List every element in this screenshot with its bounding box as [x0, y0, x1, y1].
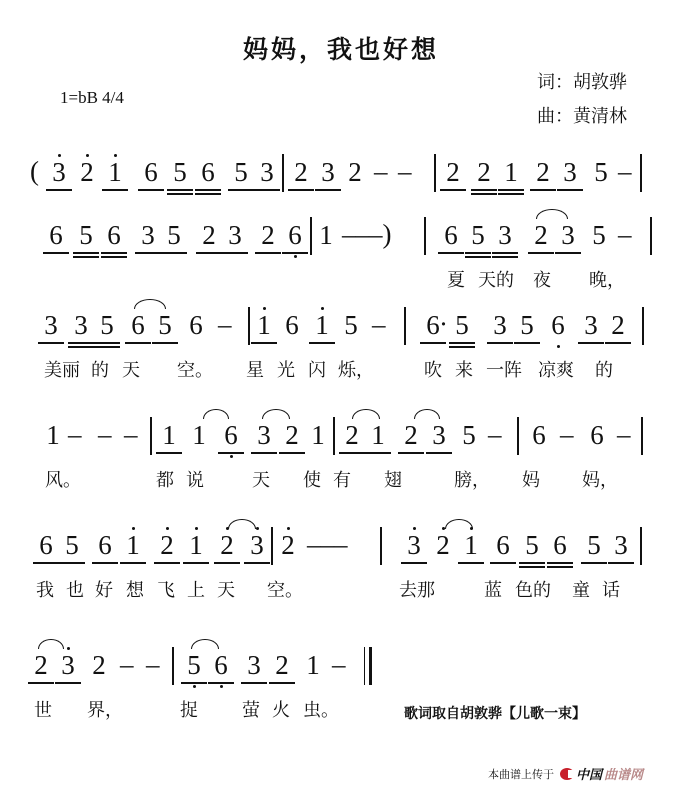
note-number: 3 [224, 221, 246, 249]
note: 1 [367, 415, 389, 455]
note-number: 5 [451, 311, 473, 339]
note-number: 2 [607, 311, 629, 339]
note: 3 [40, 305, 62, 345]
octave-up-dot [263, 307, 266, 310]
lyric-syllable: 烁， [338, 356, 374, 382]
barline [424, 217, 426, 255]
note: 3 [253, 415, 275, 455]
note: 6 [440, 215, 462, 255]
eighth-underline [138, 189, 164, 191]
barline [310, 217, 312, 255]
note: 6 [528, 415, 550, 455]
site-logo[interactable]: 中国 曲谱网 [560, 764, 643, 783]
lyric-syllable: 膀， [454, 466, 490, 492]
key-signature: 1=bB 4/4 [60, 88, 124, 108]
note-number: 3 [57, 651, 79, 679]
notation-symbol: – [618, 156, 632, 187]
note-number: 2 [257, 221, 279, 249]
note-number: 5 [458, 421, 480, 449]
slur-arc [191, 639, 219, 649]
eighth-underline [28, 682, 54, 684]
note: 6 [210, 645, 232, 685]
note-number: 2 [530, 221, 552, 249]
eighth-underline [254, 189, 280, 191]
note: 1 [104, 152, 126, 192]
note-number: 6 [94, 531, 116, 559]
note: 6 [492, 525, 514, 565]
note-number: 6 [210, 651, 232, 679]
eighth-underline [38, 342, 64, 344]
notation-symbol: – [374, 156, 388, 187]
eighth-underline [269, 682, 295, 684]
note-number: 1 [253, 311, 275, 339]
note-number: 2 [198, 221, 220, 249]
lyric-syllable: 天 [252, 466, 270, 492]
lyric-syllable: 夏 [447, 266, 465, 292]
note: 6 [197, 152, 219, 192]
note-number: 2 [473, 158, 495, 186]
note: 3 [137, 215, 159, 255]
note-number: 5 [516, 311, 538, 339]
eighth-underline [555, 252, 581, 254]
note: 1 [315, 215, 337, 255]
eighth-underline [222, 252, 248, 254]
note-number: 5 [169, 158, 191, 186]
octave-up-dot [114, 154, 117, 157]
eighth-underline [244, 562, 270, 564]
note: 3 [224, 215, 246, 255]
barline [641, 417, 643, 455]
notation-symbol: –––) [342, 219, 392, 250]
eighth-underline [228, 189, 254, 191]
notation-symbol: ( [30, 156, 39, 187]
score-line: 335656–1615–6·535632美丽的天空。星光闪烁，吹来一阵凉爽的 [0, 305, 682, 345]
note: 1 [500, 152, 522, 192]
lyric-syllable: 上 [187, 576, 205, 602]
note: 6 [127, 305, 149, 345]
note-number: 3 [403, 531, 425, 559]
lyric-syllable: 说 [186, 466, 204, 492]
note-number: 1 [122, 531, 144, 559]
lyric-syllable: 翅 [384, 466, 402, 492]
note: 5 [163, 215, 185, 255]
lyric-syllable: 有 [333, 466, 351, 492]
eighth-underline [101, 252, 127, 254]
note-number: 3 [256, 158, 278, 186]
note: 2 [341, 415, 363, 455]
lyricist-credit: 词：胡敦骅 [537, 68, 627, 94]
eighth-underline [339, 452, 365, 454]
lyric-syllable: 妈 [522, 466, 540, 492]
eighth-underline [152, 342, 178, 344]
note: 2 [76, 152, 98, 192]
note: 3 [243, 645, 265, 685]
note: 5 [169, 152, 191, 192]
note: 2 [271, 645, 293, 685]
eighth-underline [282, 252, 308, 254]
eighth-underline [581, 562, 607, 564]
lyric-syllable: 萤 [242, 696, 260, 722]
eighth-underline [519, 562, 545, 564]
note: 5 [458, 415, 480, 455]
eighth-underline [530, 189, 556, 191]
sixteenth-underline [94, 346, 120, 348]
slur-arc [134, 299, 166, 309]
note-number: 1 [367, 421, 389, 449]
eighth-underline [465, 252, 491, 254]
eighth-underline [401, 562, 427, 564]
note-number: 6 [284, 221, 306, 249]
note-number: 3 [494, 221, 516, 249]
slur-arc [445, 519, 473, 529]
note-number: 1 [158, 421, 180, 449]
eighth-underline [55, 682, 81, 684]
note-number: 5 [154, 311, 176, 339]
lyric-syllable: 蓝 [484, 576, 502, 602]
note-number: 2 [216, 531, 238, 559]
note: 5 [588, 215, 610, 255]
lyric-syllable: 的 [91, 356, 109, 382]
note-number: 5 [521, 531, 543, 559]
lyric-syllable: 使 [303, 466, 321, 492]
barline [404, 307, 406, 345]
sixteenth-underline [73, 256, 99, 258]
note: 1 [253, 305, 275, 345]
note: 2 [442, 152, 464, 192]
barline [640, 154, 642, 192]
octave-down-dot [193, 685, 196, 688]
notation-symbol: – [332, 649, 346, 680]
eighth-underline [208, 682, 234, 684]
sixteenth-underline [471, 193, 497, 195]
site-logo-icon [560, 768, 574, 780]
note: 5 [521, 525, 543, 565]
barline [282, 154, 284, 192]
note: 2 [473, 152, 495, 192]
eighth-underline [514, 342, 540, 344]
note: 1 [302, 645, 324, 685]
note: 6 [549, 525, 571, 565]
note: 2 [532, 152, 554, 192]
notation-symbol: – [618, 219, 632, 250]
note-number: 5 [75, 221, 97, 249]
sixteenth-underline [547, 566, 573, 568]
eighth-underline [218, 452, 244, 454]
note-number: 5 [96, 311, 118, 339]
slur-arc [414, 409, 440, 419]
slur-arc [228, 519, 256, 529]
note-number: 3 [137, 221, 159, 249]
note-number: 1 [104, 158, 126, 186]
note: 6 [220, 415, 242, 455]
sixteenth-underline [449, 346, 475, 348]
note: 1 [42, 415, 64, 455]
note: 2 [277, 525, 299, 565]
note: 5 [451, 305, 473, 345]
eighth-underline [241, 682, 267, 684]
eighth-underline [420, 342, 446, 344]
eighth-underline [68, 342, 94, 344]
note-number: 2 [400, 421, 422, 449]
eighth-underline [183, 562, 209, 564]
eighth-underline [605, 342, 631, 344]
octave-down-dot [294, 255, 297, 258]
eighth-underline [449, 342, 475, 344]
lyric-syllable: 的 [595, 356, 613, 382]
note-number: 6 [492, 531, 514, 559]
note-number: 6 [35, 531, 57, 559]
eighth-underline [120, 562, 146, 564]
lyric-syllable: 空。 [267, 576, 303, 602]
note-number: 2 [88, 651, 110, 679]
eighth-underline [92, 562, 118, 564]
note-number: 1 [311, 311, 333, 339]
note: 3 [246, 525, 268, 565]
lyrics-source-note: 歌词取自胡敦骅【儿歌一束】 [404, 703, 586, 723]
note-number: 6 [220, 421, 242, 449]
sixteenth-underline [195, 193, 221, 195]
note-number: 2 [271, 651, 293, 679]
lyric-syllable: 天的 [478, 266, 514, 292]
sixteenth-underline [492, 256, 518, 258]
note: 1 [158, 415, 180, 455]
site-name-b: 曲谱网 [604, 764, 643, 783]
note: 2 [290, 152, 312, 192]
eighth-underline [315, 189, 341, 191]
barline [333, 417, 335, 455]
barline [248, 307, 250, 345]
lyric-syllable: 闪 [308, 356, 326, 382]
lyric-syllable: 美丽 [44, 356, 80, 382]
lyric-syllable: 捉 [180, 696, 198, 722]
note: 6 [281, 305, 303, 345]
slur-arc [38, 639, 64, 649]
lyric-syllable: 天 [122, 356, 140, 382]
note: 2 [281, 415, 303, 455]
barline [150, 417, 152, 455]
eighth-underline [214, 562, 240, 564]
note-number: 6 [45, 221, 67, 249]
note-number: 6 [140, 158, 162, 186]
score-line: (32165653232––221235– [0, 152, 682, 192]
eighth-underline [440, 189, 466, 191]
eighth-underline [73, 252, 99, 254]
note: 5 [590, 152, 612, 192]
octave-up-dot [287, 527, 290, 530]
barline [650, 217, 652, 255]
note-number: 3 [246, 531, 268, 559]
note-number: 6 [547, 311, 569, 339]
eighth-underline [398, 452, 424, 454]
note: 2 [88, 645, 110, 685]
octave-up-dot [413, 527, 416, 530]
note: 6 [45, 215, 67, 255]
lyric-syllable: 界， [87, 696, 123, 722]
lyric-syllable: 也 [66, 576, 84, 602]
eighth-underline [43, 252, 69, 254]
lyric-syllable: 好 [95, 576, 113, 602]
eighth-underline [195, 189, 221, 191]
notation-symbol: ––– [307, 529, 348, 560]
barline [517, 417, 519, 455]
note: 2 [216, 525, 238, 565]
note: 3 [256, 152, 278, 192]
note-number: 6 [103, 221, 125, 249]
note-number: 2 [156, 531, 178, 559]
note-number: 5 [340, 311, 362, 339]
note: 1 [307, 415, 329, 455]
sixteenth-underline [498, 193, 524, 195]
barline [640, 527, 642, 565]
note: 5 [61, 525, 83, 565]
note-number: 3 [70, 311, 92, 339]
note-number: 2 [277, 531, 299, 559]
octave-down-dot [230, 455, 233, 458]
note: 5 [96, 305, 118, 345]
note-number: 5 [588, 221, 610, 249]
note-number: 5 [183, 651, 205, 679]
eighth-underline [498, 189, 524, 191]
lyric-syllable: 我 [36, 576, 54, 602]
eighth-underline [288, 189, 314, 191]
note-number: 3 [253, 421, 275, 449]
eighth-underline [154, 562, 180, 564]
lyric-syllable: 吹 [424, 356, 442, 382]
lyric-syllable: 都 [156, 466, 174, 492]
lyric-syllable: 风。 [45, 466, 81, 492]
lyric-syllable: 来 [455, 356, 473, 382]
note-number: 6 [440, 221, 462, 249]
note-number: 6 [549, 531, 571, 559]
octave-up-dot [195, 527, 198, 530]
octave-up-dot [256, 527, 259, 530]
eighth-underline [608, 562, 634, 564]
note: 3 [559, 152, 581, 192]
lyric-syllable: 飞 [157, 576, 175, 602]
eighth-underline [125, 342, 151, 344]
sixteenth-underline [68, 346, 94, 348]
note: 2 [156, 525, 178, 565]
note: 6 [284, 215, 306, 255]
note-number: 5 [467, 221, 489, 249]
note-number: 5 [590, 158, 612, 186]
note: 3 [317, 152, 339, 192]
eighth-underline [33, 562, 59, 564]
note-number: 3 [557, 221, 579, 249]
note-number: 1 [315, 221, 337, 249]
notation-symbol: – [68, 419, 82, 450]
eighth-underline [167, 189, 193, 191]
notation-symbol: – [124, 419, 138, 450]
note-number: 1 [307, 421, 329, 449]
lyric-syllable: 想 [126, 576, 144, 602]
note: 6 [103, 215, 125, 255]
note: 2 [198, 215, 220, 255]
eighth-underline [458, 562, 484, 564]
note: 5 [230, 152, 252, 192]
eighth-underline [279, 452, 305, 454]
lyric-syllable: 凉爽 [538, 356, 574, 382]
note: 5 [516, 305, 538, 345]
eighth-underline [492, 252, 518, 254]
score-line: 1–––11632121235–6–6–风。都说天使有翅膀，妈妈， [0, 415, 682, 455]
site-name-a: 中国 [576, 764, 602, 783]
lyric-syllable: 一阵 [486, 356, 522, 382]
note-number: 6 [528, 421, 550, 449]
note: 2 [400, 415, 422, 455]
note: 2 [30, 645, 52, 685]
lyric-syllable: 晚， [589, 266, 625, 292]
note: 3 [428, 415, 450, 455]
note: 6 [547, 305, 569, 345]
note-number: 5 [61, 531, 83, 559]
note-number: 3 [559, 158, 581, 186]
note: 6 [35, 525, 57, 565]
note: 5 [340, 305, 362, 345]
note-number: 3 [428, 421, 450, 449]
slur-arc [262, 409, 290, 419]
lyric-syllable: 色的 [515, 576, 551, 602]
eighth-underline [135, 252, 161, 254]
note-number: 2 [344, 158, 366, 186]
note: 5 [467, 215, 489, 255]
note-number: 2 [281, 421, 303, 449]
sixteenth-underline [465, 256, 491, 258]
note-number: 2 [432, 531, 454, 559]
lyric-syllable: 夜 [533, 266, 551, 292]
lyric-syllable: 妈， [582, 466, 618, 492]
eighth-underline [251, 452, 277, 454]
note: 2 [432, 525, 454, 565]
notation-symbol: – [146, 649, 160, 680]
note-number: 1 [188, 421, 210, 449]
note-number: 1 [185, 531, 207, 559]
eighth-underline [438, 252, 464, 254]
lyric-syllable: 去那 [399, 576, 435, 602]
eighth-underline [251, 342, 277, 344]
note-number: 6 [281, 311, 303, 339]
note: 1 [311, 305, 333, 345]
notation-symbol: · [439, 309, 448, 340]
note: 6 [586, 415, 608, 455]
note: 6 [140, 152, 162, 192]
eighth-underline [471, 189, 497, 191]
barline [642, 307, 644, 345]
composer-credit: 曲：黄清林 [537, 102, 627, 128]
lyric-syllable: 话 [602, 576, 620, 602]
sixteenth-underline [519, 566, 545, 568]
note-number: 3 [489, 311, 511, 339]
note-number: 5 [230, 158, 252, 186]
note-number: 3 [610, 531, 632, 559]
note-number: 3 [243, 651, 265, 679]
eighth-underline [309, 342, 335, 344]
eighth-underline [196, 252, 222, 254]
note: 1 [188, 415, 210, 455]
note-number: 6 [197, 158, 219, 186]
note: 3 [557, 215, 579, 255]
note-number: 3 [317, 158, 339, 186]
note: 3 [580, 305, 602, 345]
note: 2 [530, 215, 552, 255]
notation-symbol: – [218, 309, 232, 340]
octave-up-dot [86, 154, 89, 157]
lyric-syllable: 空。 [177, 356, 213, 382]
note: 2 [257, 215, 279, 255]
note-number: 2 [76, 158, 98, 186]
notation-symbol: – [617, 419, 631, 450]
eighth-underline [490, 562, 516, 564]
